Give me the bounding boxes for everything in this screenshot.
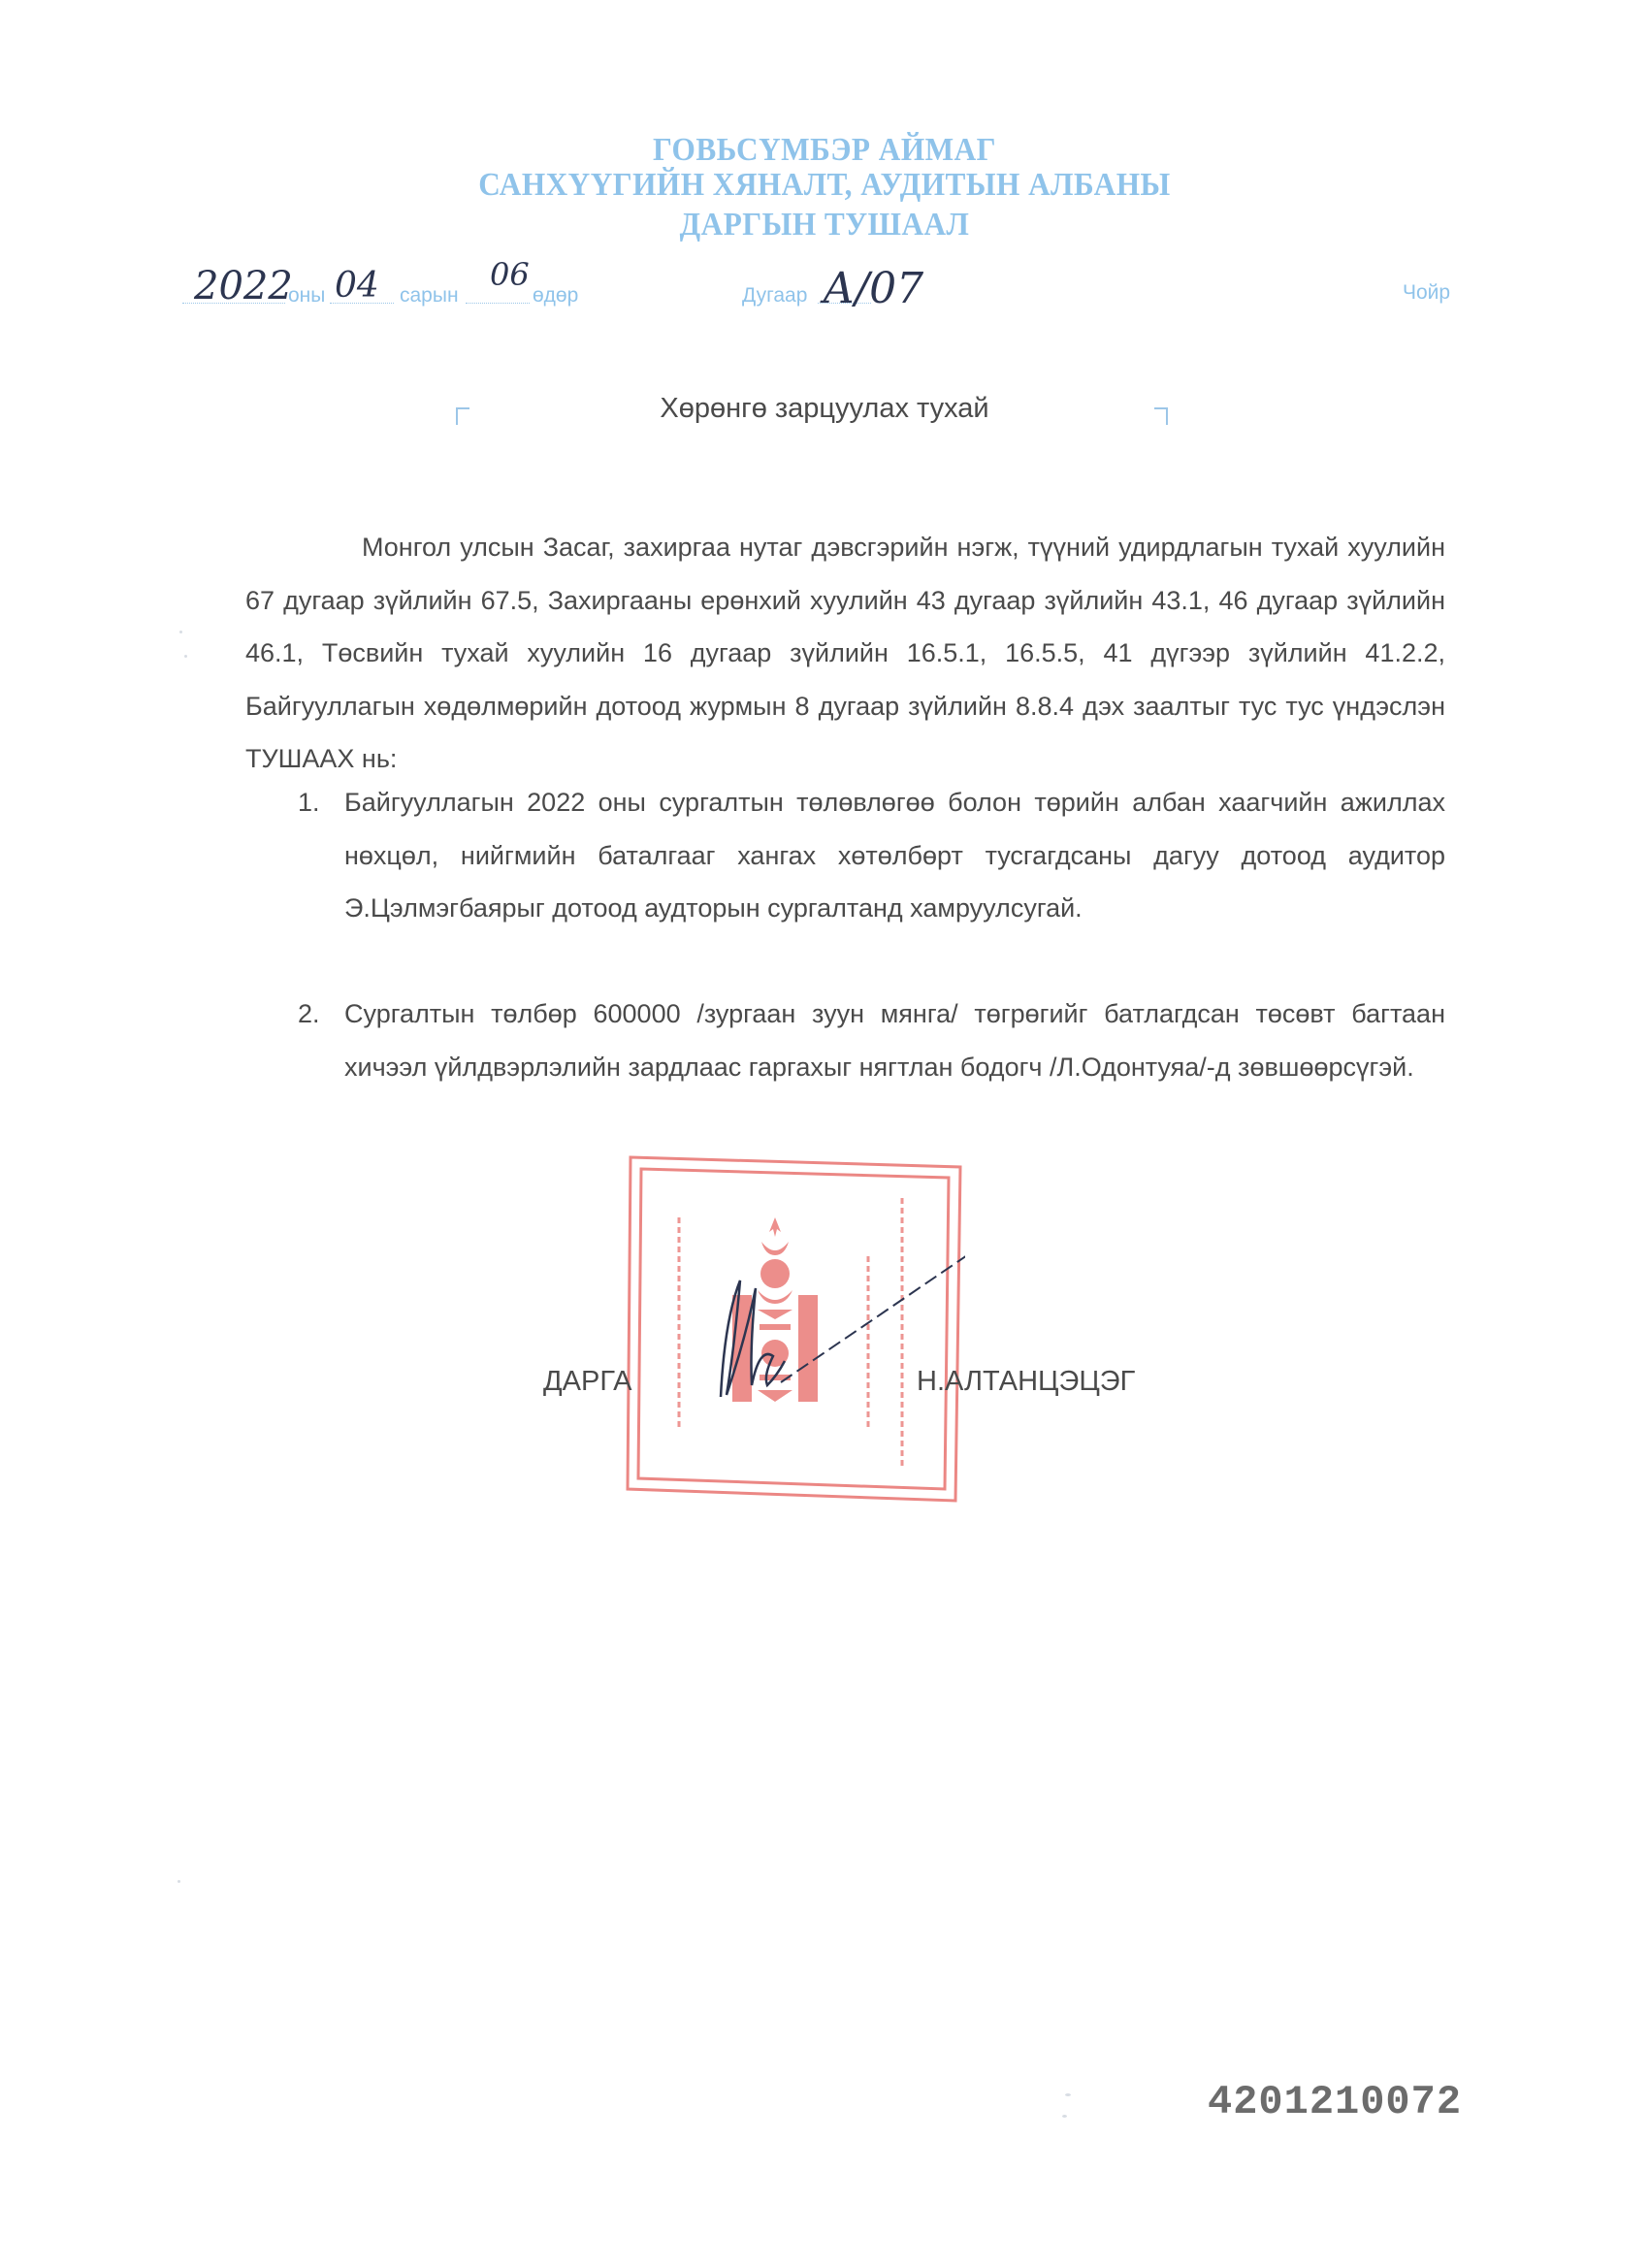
month-underline: [330, 303, 394, 304]
year-underline: [182, 303, 285, 304]
order-item-text: Байгууллагын 2022 оны сургалтын төлөвлөг…: [344, 776, 1445, 935]
order-item: 2. Сургалтын төлбөр 600000 /зургаан зуун…: [298, 988, 1445, 1093]
number-handwritten: А/07: [823, 264, 923, 313]
header-region: ГОВЬСҮМБЭР АЙМАГ: [66, 132, 1583, 169]
number-label: Дугаар: [742, 284, 807, 308]
header-organization: САНХҮҮГИЙН ХЯНАЛТ, АУДИТЫН АЛБАНЫ: [66, 167, 1583, 204]
scan-speck: [179, 631, 182, 633]
month-label: сарын: [400, 284, 459, 308]
scan-speck: [184, 655, 187, 658]
day-underline: [466, 303, 530, 304]
document-title: Хөрөнгө зарцуулах тухай: [0, 393, 1649, 425]
signatory-title: ДАРГА: [543, 1366, 631, 1398]
signatory-name: Н.АЛТАНЦЭЦЭГ: [917, 1366, 1135, 1398]
order-item-number: 1.: [298, 776, 320, 829]
day-label: өдөр: [533, 284, 578, 308]
header-document-type: ДАРГЫН ТУШААЛ: [66, 207, 1583, 243]
intro-paragraph: Монгол улсын Засаг, захиргаа нутаг дэвсг…: [245, 521, 1445, 786]
scan-speck: [178, 1880, 180, 1883]
day-handwritten: 06: [490, 256, 530, 293]
month-handwritten: 04: [335, 266, 379, 306]
year-label: оны: [288, 284, 325, 308]
title-corner-right: [1154, 407, 1168, 425]
official-seal-stamp: [626, 1150, 965, 1504]
scan-speck: [1062, 2115, 1067, 2118]
document-serial-number: 4201210072: [1208, 2079, 1462, 2125]
order-item-text: Сургалтын төлбөр 600000 /зургаан зуун мя…: [344, 988, 1445, 1093]
order-item-number: 2.: [298, 988, 320, 1041]
place-label: Чойр: [1403, 281, 1450, 305]
order-item: 1. Байгууллагын 2022 оны сургалтын төлөв…: [298, 776, 1445, 935]
scan-speck: [1065, 2093, 1071, 2096]
